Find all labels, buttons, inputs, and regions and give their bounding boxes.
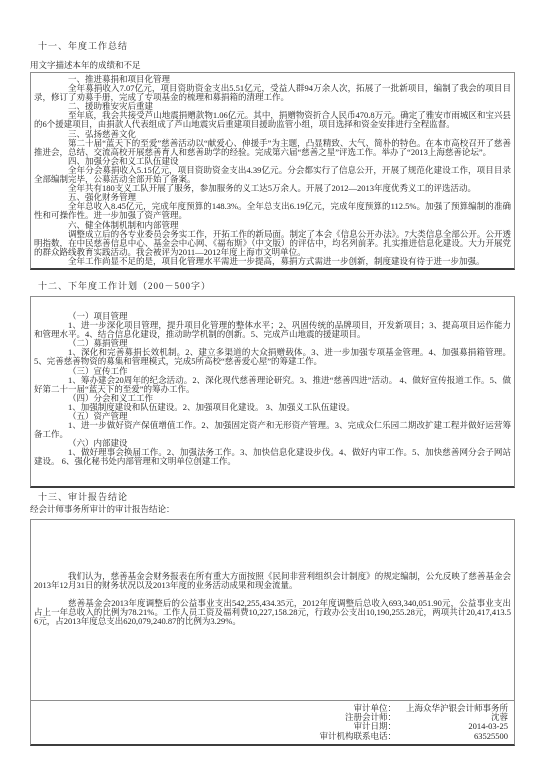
audit-paragraph: 我们认为，慈善基金会财务报表在所有重大方面按照《民间非营利组织会计制度》的规定编… — [34, 572, 511, 590]
audit-info-row: 审计日期： 2014-03-25 — [31, 722, 508, 731]
section-12-title: 十二、下年度工作计划（200－500字） — [38, 281, 515, 292]
audit-info-row: 审计机构联系电话： 63525500 — [31, 732, 508, 741]
summary-paragraph: 全年总收入8.45亿元，完成年度预算的148.3%。全年总支出6.19亿元，完成… — [34, 202, 511, 220]
summary-paragraph: 全年募捐收入7.07亿元，项目资助资金支出5.51亿元，受益人群94万余人次，拓… — [34, 84, 511, 102]
report-page: 十一、年度工作总结 用文字描述本年的成绩和不足 一、推进募捐和项目化管理 全年募… — [0, 0, 543, 768]
plan-paragraph: 1、筹办建会20周年的纪念活动。2、深化现代慈善理论研究。3、推进“慈善四进”活… — [34, 376, 511, 394]
audit-report-box: 我们认为，慈善基金会财务报表在所有重大方面按照《民间非营利组织会计制度》的规定编… — [30, 519, 515, 747]
audit-info-row: 注册会计师： 沈蓉 — [31, 713, 508, 722]
work-plan-box: （一）项目管理 1、进一步深化项目管理，提升项目化管理的整体水平；2、巩固传统的… — [30, 296, 515, 488]
summary-paragraph: 全年工作尚显不足的是，项目化管理水平需进一步提高，募捐方式需进一步创新，制度建设… — [34, 257, 511, 266]
summary-paragraph: 第二十届“蓝天下的至爱”慈善活动以“献爱心、伸援手”为主题，凸显精致、大气、简朴… — [34, 139, 511, 157]
audit-conclusion-label: 经会计师事务所审计的审计报告结论： — [30, 504, 515, 514]
audit-info-row: 审计单位： 上海众华沪银会计师事务所 — [31, 704, 508, 713]
section-11-title: 十一、年度工作总结 — [38, 41, 515, 52]
summary-paragraph: 至年底，我会共接受芦山地震捐赠款物1.06亿元。其中，捐赠物资折合人民币470.… — [34, 111, 511, 129]
annual-summary-box: 一、推进募捐和项目化管理 全年募捐收入7.07亿元，项目资助资金支出5.51亿元… — [30, 72, 515, 270]
summary-field-label: 用文字描述本年的成绩和不足 — [30, 60, 515, 70]
plan-paragraph: 1、进一步做好资产保值增值工作。2、加强固定资产和无形资产管理。3、完成众仁乐园… — [34, 421, 511, 439]
audit-paragraph: 慈善基金会2013年度调整后的公益事业支出542,255,434.35元，201… — [34, 599, 511, 626]
audit-info-table: 审计单位： 上海众华沪银会计师事务所 注册会计师： 沈蓉 审计日期： 2014-… — [31, 700, 514, 745]
audit-info-label: 审计机构联系电话： — [319, 732, 396, 741]
summary-paragraph: 调整成立后的各专业委员会务实工作，开拓工作的新局面。制定了本会《信息公开办法》。… — [34, 230, 511, 257]
plan-paragraph: 1、进一步深化项目管理，提升项目化管理的整体水平；2、巩固传统的品牌项目，开发新… — [34, 321, 511, 339]
audit-info-value: 63525500 — [396, 732, 508, 741]
audit-conclusion-text: 我们认为，慈善基金会财务报表在所有重大方面按照《民间非营利组织会计制度》的规定编… — [31, 520, 514, 700]
section-13-title: 十三、审计报告结论 — [38, 492, 515, 503]
summary-paragraph: 全年分会募捐收入5.15亿元，项目资助资金支出4.39亿元。分会都实行了信息公开… — [34, 166, 511, 184]
plan-paragraph: 1、深化和完善募捐长效机制。2、建立多渠道的大众捐赠载体。3、进一步加强专项基金… — [34, 348, 511, 366]
plan-paragraph: 1、做好理事会换届工作。2、加强法务工作。3、加快信息化建设步伐。4、做好内审工… — [34, 448, 511, 466]
page-content: 十一、年度工作总结 用文字描述本年的成绩和不足 一、推进募捐和项目化管理 全年募… — [0, 0, 543, 746]
